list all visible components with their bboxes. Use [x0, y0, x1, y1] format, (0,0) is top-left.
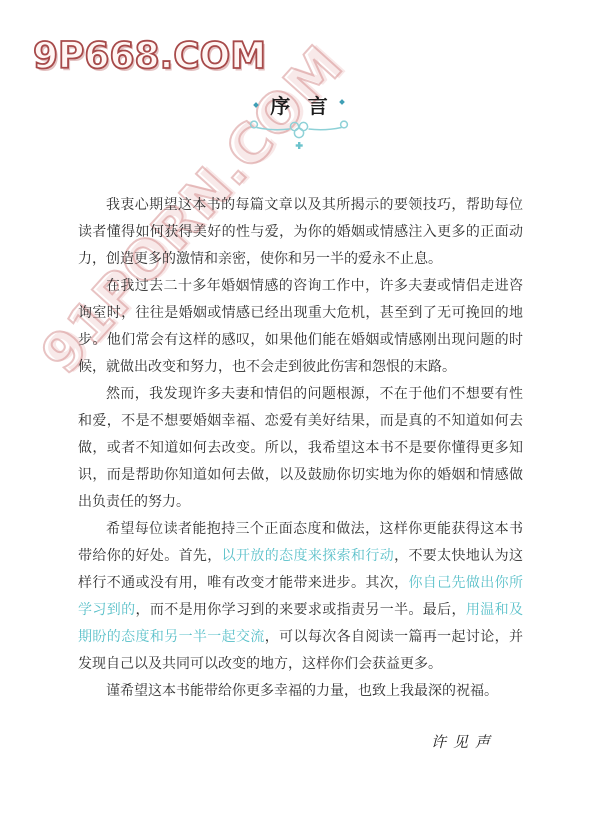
sparkle-icon — [296, 142, 303, 149]
text-segment: 然而，我发现许多夫妻和情侣的问题根源，不在于他们不想要有性和爱，不是不想要婚姻幸… — [78, 387, 523, 510]
body-paragraph: 希望每位读者能抱持三个正面态度和做法，这样你更能获得这本书带给你的好处。首先，以… — [78, 516, 523, 678]
flourish-row — [0, 116, 598, 152]
body-paragraph: 谨希望这本书能带给你更多幸福的力量，也致上我最深的祝福。 — [78, 678, 523, 705]
text-segment: 我衷心期望这本书的每篇文章以及其所揭示的要领技巧，帮助每位读者懂得如何获得美好的… — [78, 198, 523, 267]
title-right-dot-icon — [339, 99, 345, 105]
preface-body: 我衷心期望这本书的每篇文章以及其所揭示的要领技巧，帮助每位读者懂得如何获得美好的… — [78, 192, 523, 705]
title-left-dot-icon — [253, 102, 259, 108]
highlighted-phrase: 以开放的态度来探索和行动 — [222, 549, 394, 564]
body-paragraph: 我衷心期望这本书的每篇文章以及其所揭示的要领技巧，帮助每位读者懂得如何获得美好的… — [78, 192, 523, 273]
author-signature: 许见声 — [424, 731, 497, 752]
body-paragraph: 在我过去二十多年婚姻情感的咨询工作中，许多夫妻或情侣走进咨询室时，往往是婚姻或情… — [78, 273, 523, 381]
ornament-flourish-icon — [247, 116, 351, 152]
text-segment: 谨希望这本书能带给你更多幸福的力量，也致上我最深的祝福。 — [106, 684, 498, 699]
title-row: 序 言 — [0, 90, 598, 119]
body-paragraph: 然而，我发现许多夫妻和情侣的问题根源，不在于他们不想要有性和爱，不是不想要婚姻幸… — [78, 381, 523, 516]
page-title: 序 言 — [264, 90, 334, 119]
site-watermark: 9P668.COM — [33, 36, 266, 78]
text-segment: ，而不是用你学习到的来要求或指责另一半。最后， — [135, 603, 465, 618]
text-segment: 在我过去二十多年婚姻情感的咨询工作中，许多夫妻或情侣走进咨询室时，往往是婚姻或情… — [78, 279, 523, 375]
book-preface-page: { "watermarks": { "top": "9P668.COM", "d… — [0, 0, 598, 821]
